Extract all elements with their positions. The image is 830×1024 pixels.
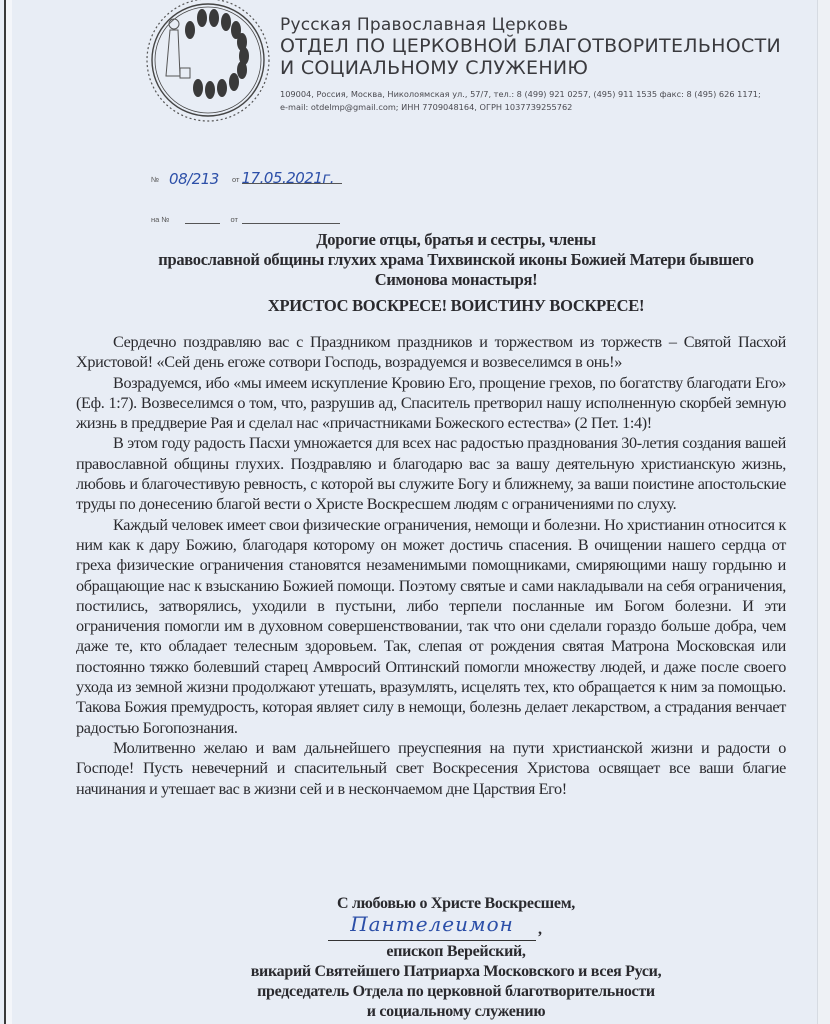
- letter-body: Сердечно поздравляю вас с Праздником пра…: [76, 332, 786, 799]
- signature-row: Пантелеимон ,: [206, 914, 706, 942]
- department-name-line-1: ОТДЕЛ ПО ЦЕРКОВНОЙ БЛАГОТВОРИТЕЛЬНОСТИ: [280, 35, 820, 57]
- paragraph: Возрадуемся, ибо «мы имеем искупление Кр…: [76, 373, 786, 434]
- paragraph: В этом году радость Пасхи умножается для…: [76, 433, 786, 514]
- ref-date-blank: [242, 209, 340, 224]
- seal-logo-icon: [144, 0, 272, 124]
- paragraph: Молитвенно желаю и вам дальнейшего преус…: [76, 738, 786, 799]
- letter-page: Русская Православная Церковь ОТДЕЛ ПО ЦЕ…: [4, 0, 824, 1024]
- outgoing-number-row: № 08/213 от 17.05.2021г.: [151, 162, 342, 184]
- valediction: С любовью о Христе Воскресшем,: [206, 894, 706, 914]
- handwritten-signature: Пантелеимон: [328, 914, 536, 941]
- signature-comma: ,: [538, 920, 542, 940]
- reference-number-row: на № от: [151, 202, 342, 224]
- ref-number-label: на №: [151, 215, 169, 224]
- number-label: №: [151, 175, 159, 184]
- scan-edge: [817, 0, 830, 1024]
- address-line-2: e-mail: otdelmp@gmail.com; ИНН 770904816…: [280, 101, 820, 114]
- department-name-line-2: И СОЦИАЛЬНОМУ СЛУЖЕНИЮ: [280, 57, 820, 79]
- paragraph: Каждый человек имеет свои физические огр…: [76, 515, 786, 738]
- letterhead: Русская Православная Церковь ОТДЕЛ ПО ЦЕ…: [280, 15, 820, 114]
- address-line-1: 109004, Россия, Москва, Николоямская ул.…: [280, 88, 820, 101]
- date-label: от: [232, 175, 239, 184]
- signer-title: председатель Отдела по церковной благотв…: [206, 982, 706, 1002]
- signer-title: викарий Святейшего Патриарха Московского…: [206, 962, 706, 982]
- salutation-line: Дорогие отцы, братья и сестры, члены: [96, 230, 816, 250]
- church-name: Русская Православная Церковь: [280, 15, 820, 35]
- closing-block: С любовью о Христе Воскресшем, Пантелеим…: [206, 894, 706, 1022]
- ref-number-blank: [185, 209, 220, 224]
- signer-title: епископ Верейский,: [206, 942, 706, 962]
- outgoing-date: 17.05.2021г.: [242, 169, 335, 187]
- signer-title: и социальному служению: [206, 1002, 706, 1022]
- paragraph: Сердечно поздравляю вас с Праздником пра…: [76, 332, 786, 373]
- salutation-line: православной общины глухих храма Тихвинс…: [96, 250, 816, 270]
- salutation-line: Симонова монастыря!: [96, 270, 816, 290]
- registration-block: № 08/213 от 17.05.2021г. на № от: [151, 162, 342, 224]
- easter-greeting: ХРИСТОС ВОСКРЕСЕ! ВОИСТИНУ ВОСКРЕСЕ!: [96, 296, 816, 316]
- ref-date-label: от: [230, 215, 237, 224]
- salutation: Дорогие отцы, братья и сестры, члены пра…: [96, 230, 816, 290]
- outgoing-number: 08/213: [169, 170, 219, 188]
